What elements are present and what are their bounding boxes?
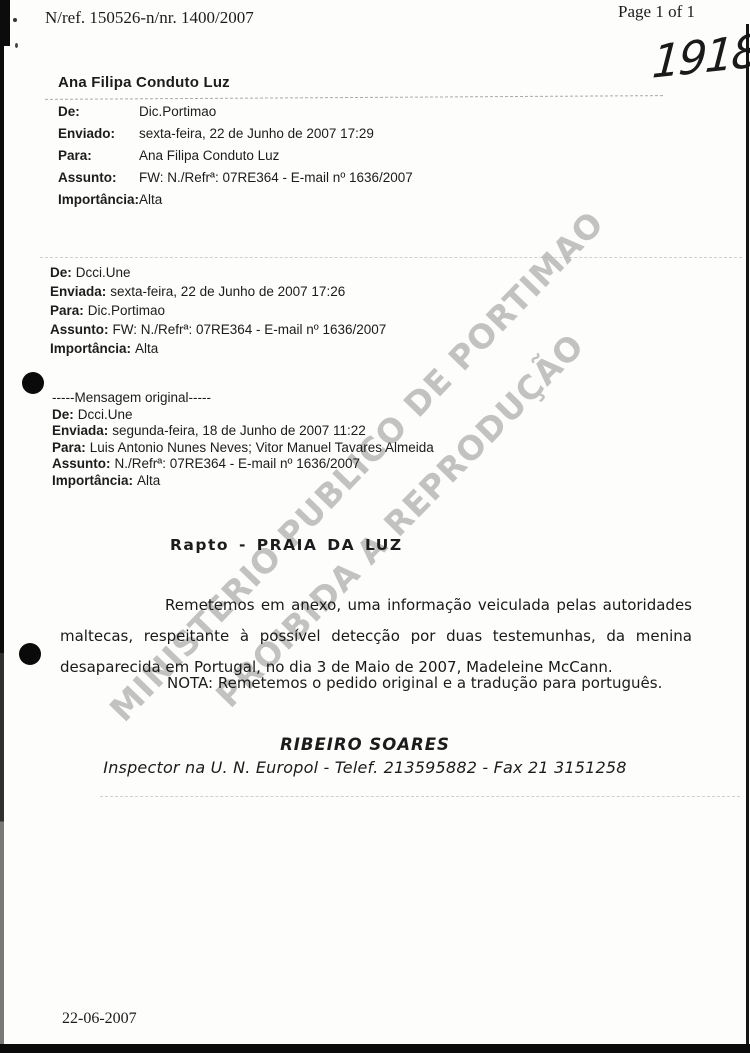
header-line: Para:Luis Antonio Nunes Neves; Vitor Man… [52, 440, 434, 457]
field-value: Alta [135, 341, 158, 356]
signature-title: Inspector na U. N. Europol - Telef. 2135… [20, 758, 710, 777]
header-row: Importância: Alta [58, 192, 413, 214]
message-subject-heading: Rapto - PRAIA DA LUZ [170, 536, 403, 554]
field-value: Dic.Portimao [139, 104, 413, 126]
punch-hole-icon [19, 643, 41, 665]
signature-block: RIBEIRO SOARES Inspector na U. N. Europo… [20, 735, 710, 777]
header-line: Enviada:segunda-feira, 18 de Junho de 20… [52, 423, 434, 440]
field-label: Importância: [50, 341, 131, 356]
message-paragraph: Remetemos em anexo, uma informação veicu… [60, 590, 692, 683]
field-value: segunda-feira, 18 de Junho de 2007 11:22 [112, 423, 365, 438]
header-row: Para: Ana Filipa Conduto Luz [58, 148, 413, 170]
field-label: Assunto: [58, 170, 139, 192]
scan-edge-right-line [746, 24, 749, 1053]
field-value: N./Refrª: 07RE364 - E-mail nº 1636/2007 [115, 456, 361, 471]
scanned-document-page: MINISTERIO PUBLICO DE PORTIMAO PROIBIDA … [0, 0, 750, 1053]
field-value: Dic.Portimao [88, 303, 165, 318]
header-line: De:Dcci.Une [52, 407, 434, 424]
field-label: Importância: [52, 473, 133, 488]
field-label: Assunto: [50, 322, 109, 337]
field-value: Ana Filipa Conduto Luz [139, 148, 413, 170]
field-label: Enviada: [52, 423, 108, 438]
header-row: De: Dic.Portimao [58, 104, 413, 126]
header-line: Importância:Alta [52, 473, 434, 490]
recipient-name-heading: Ana Filipa Conduto Luz [58, 74, 230, 91]
original-message-divider: -----Mensagem original----- [52, 390, 434, 407]
field-value: Dcci.Une [78, 407, 133, 422]
field-value: Alta [137, 473, 160, 488]
paragraph-line: maltecas, respeitante à possível detecçã… [60, 621, 692, 652]
header-row: Assunto: FW: N./Refrª: 07RE364 - E-mail … [58, 170, 413, 192]
header-row: Enviado: sexta-feira, 22 de Junho de 200… [58, 126, 413, 148]
field-label: Assunto: [52, 456, 111, 471]
handwritten-page-number: 1918 [650, 24, 750, 89]
header-line: Assunto:N./Refrª: 07RE364 - E-mail nº 16… [52, 456, 434, 473]
field-value: Luis Antonio Nunes Neves; Vitor Manuel T… [90, 440, 434, 455]
separator-line [100, 796, 740, 797]
field-label: Para: [52, 440, 86, 455]
scan-edge-left-line [0, 0, 4, 1053]
field-label: De: [58, 104, 139, 126]
footer-date: 22-06-2007 [62, 1010, 137, 1028]
header-line: Para:Dic.Portimao [50, 301, 386, 320]
email-header-2: De:Dcci.Une Enviada:sexta-feira, 22 de J… [50, 263, 386, 358]
field-value: Alta [139, 192, 413, 214]
field-value: Dcci.Une [76, 265, 131, 280]
page-number: Page 1 of 1 [500, 2, 695, 22]
field-label: Enviada: [50, 284, 106, 299]
email-header-1: De: Dic.Portimao Enviado: sexta-feira, 2… [58, 104, 413, 214]
field-label: Para: [58, 148, 139, 170]
separator-line [45, 95, 663, 100]
signature-name: RIBEIRO SOARES [20, 735, 710, 754]
field-value: FW: N./Refrª: 07RE364 - E-mail nº 1636/2… [139, 170, 413, 192]
field-label: De: [50, 265, 72, 280]
scan-corner-mark [0, 0, 10, 46]
nota-line: NOTA: Remetemos o pedido original e a tr… [167, 674, 662, 692]
field-label: De: [52, 407, 74, 422]
field-value: sexta-feira, 22 de Junho de 2007 17:29 [139, 126, 413, 148]
header-line: De:Dcci.Une [50, 263, 386, 282]
header-line: Enviada:sexta-feira, 22 de Junho de 2007… [50, 282, 386, 301]
scan-speck [13, 18, 17, 22]
email-header-3: -----Mensagem original----- De:Dcci.Une … [52, 390, 434, 489]
field-label: Importância: [58, 192, 139, 214]
scan-speck [15, 43, 18, 48]
header-line: Importância:Alta [50, 339, 386, 358]
header-line: Assunto:FW: N./Refrª: 07RE364 - E-mail n… [50, 320, 386, 339]
document-reference: N/ref. 150526-n/nr. 1400/2007 [45, 8, 254, 28]
separator-line [40, 257, 742, 258]
punch-hole-icon [22, 372, 44, 394]
field-value: FW: N./Refrª: 07RE364 - E-mail nº 1636/2… [113, 322, 387, 337]
field-label: Para: [50, 303, 84, 318]
scan-bottom-bar [0, 1044, 750, 1053]
paragraph-line: Remetemos em anexo, uma informação veicu… [60, 590, 692, 621]
field-value: sexta-feira, 22 de Junho de 2007 17:26 [110, 284, 345, 299]
field-label: Enviado: [58, 126, 139, 148]
